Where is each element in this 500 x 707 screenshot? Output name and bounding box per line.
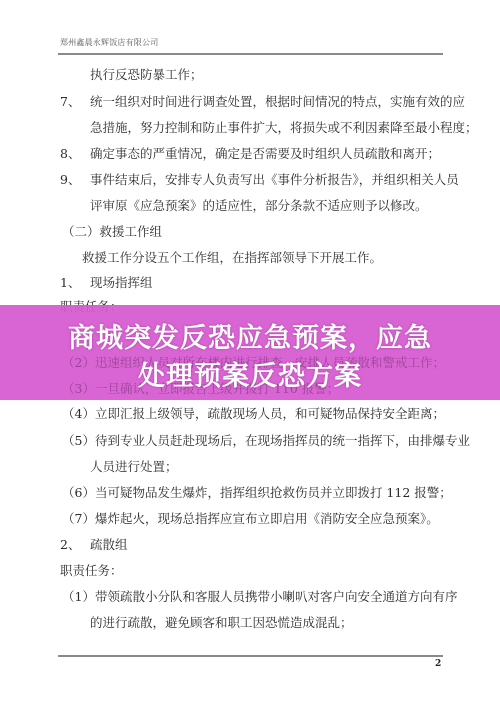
duties-label: 职责任务： [60,561,123,579]
page-number: 2 [435,659,441,669]
subsection-heading: 现场指挥组 [90,273,153,291]
banner-title-line-2: 处理预案反恐方案 [0,354,500,393]
body-line: 事件结束后，安排专人负责写出《事件分析报告》，并组织相关人员 [90,170,459,188]
body-line: 的进行疏散，避免顾客和职工因恐慌造成混乱； [90,613,353,631]
subsection-heading: 疏散组 [90,535,128,553]
body-line: 急措施，努力控制和防止事件扩大，将损失或不利因素降至最小程度； [90,118,478,136]
body-line: （5）待到专业人员赶赴现场后，在现场指挥员的统一指挥下，由排爆专业 [62,431,470,449]
item-number: 1、 [60,273,80,291]
body-line: 执行反恐防暴工作； [90,65,203,83]
body-line: （1）带领疏散小分队和客服人员携带小喇叭对客户向安全通道方向有序 [62,587,457,605]
body-line: 救援工作分设五个工作组，在指挥部领导下开展工作。 [82,248,382,266]
item-number: 2、 [60,535,80,553]
document-page: 郑州鑫晨永辉饭店有限公司 执行反恐防暴工作； 7、 统一组织对时间进行调查处置，… [0,0,500,707]
body-line: 确定事态的严重情况，确定是否需要及时组织人员疏散和离开； [90,144,440,162]
body-line: 统一组织对时间进行调查处置，根据时间情况的特点，实施有效的应 [90,92,465,110]
item-number: 8、 [60,144,80,162]
footer-divider [58,655,443,657]
header-divider [58,53,443,55]
header-company-name: 郑州鑫晨永辉饭店有限公司 [60,37,158,48]
section-heading: （二）救援工作组 [62,222,162,240]
item-number: 9、 [60,170,80,188]
item-number: 7、 [60,92,80,110]
body-line: 人员进行处置； [90,457,178,475]
body-line: （4）立即汇报上级领导，疏散现场人员，和可疑物品保持安全距离； [62,404,445,422]
body-line: （7）爆炸起火，现场总指挥应宣布立即启用《消防安全应急预案》。 [62,509,439,527]
body-line: 评审原《应急预案》的适应性，部分条款不适应则予以修改。 [90,196,428,214]
banner-title-line-1: 商城突发反恐应急预案，应急 [0,316,500,355]
body-line: （6）当可疑物品发生爆炸，指挥组织抢救伤员并立即拨打 112 报警； [62,483,452,501]
